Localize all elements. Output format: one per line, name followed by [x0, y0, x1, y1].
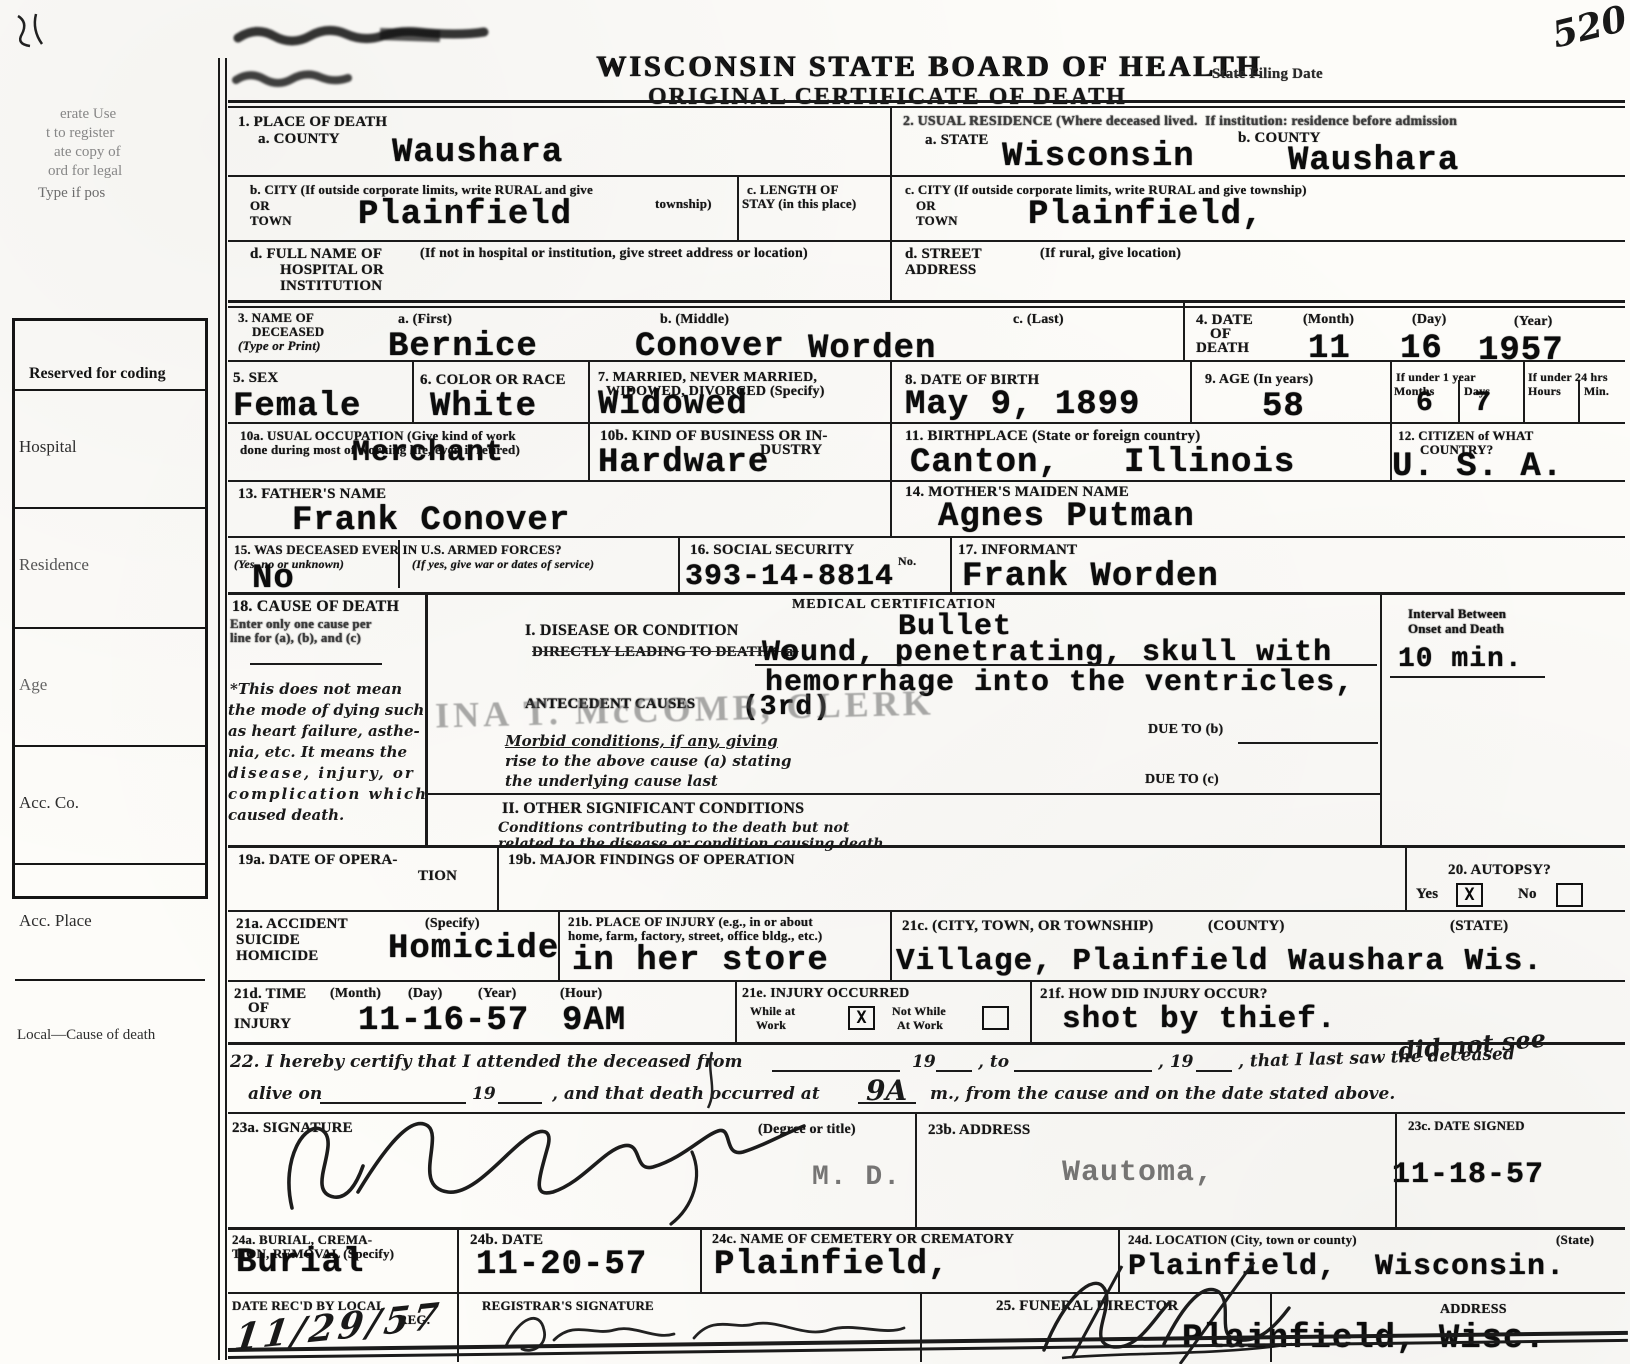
injury-hour-label: (Hour) — [560, 986, 602, 1002]
injury-city-value: Village, Plainfield Waushara Wis. — [896, 944, 1543, 979]
grid-line — [228, 592, 1625, 595]
major-findings-label: 19b. MAJOR FINDINGS OF OPERATION — [508, 852, 795, 869]
time-of-injury-label-3: INJURY — [234, 1016, 291, 1033]
grid-line — [890, 422, 892, 480]
cause-paragraph-5: disease, injury, or — [228, 764, 415, 782]
margin-note-line: erate Use — [60, 106, 116, 123]
sex-label: 5. SEX — [233, 370, 278, 387]
months-value: 6 — [1416, 388, 1434, 419]
due-to-c-label: DUE TO (c) — [1145, 772, 1219, 788]
burial-location-label: 24d. LOCATION (City, town or county) — [1128, 1232, 1357, 1248]
disease-label: I. DISEASE OR CONDITION — [525, 622, 739, 640]
marital-value: Widowed — [598, 386, 748, 424]
not-while-at-work-label-2: At Work — [897, 1018, 943, 1033]
grid-line — [218, 58, 220, 1360]
grid-line — [1030, 980, 1032, 1042]
grid-line — [1238, 742, 1378, 744]
grid-line — [228, 300, 1625, 303]
time-of-injury-value: 11-16-57 — [358, 1002, 529, 1040]
cause-paragraph-4: nia, etc. It means the — [228, 743, 407, 761]
autopsy-label: 20. AUTOPSY? — [1448, 862, 1551, 879]
grid-line — [228, 1292, 1625, 1294]
death-year-label: (Year) — [1514, 314, 1553, 330]
physician-address-label: 23b. ADDRESS — [928, 1122, 1030, 1139]
grid-line — [228, 1227, 1625, 1230]
father-name-label: 13. FATHER'S NAME — [238, 486, 386, 503]
cemetery-value: Plainfield, — [714, 1246, 949, 1284]
due-to-b-label: DUE TO (b) — [1148, 722, 1223, 738]
hospital-label: d. FULL NAME OF — [250, 246, 382, 263]
grid-line — [228, 980, 1625, 982]
while-at-work-label: While at — [750, 1004, 795, 1019]
business-label-2: DUSTRY — [760, 442, 822, 459]
injury-county-label: (COUNTY) — [1208, 918, 1285, 935]
length-of-stay-label-2: STAY (in this place) — [742, 196, 856, 212]
grid-line — [1458, 380, 1460, 422]
grid-line — [1183, 300, 1185, 360]
race-label: 6. COLOR OR RACE — [420, 372, 566, 389]
residence-town-label: TOWN — [916, 213, 958, 229]
clerk-stamp: INA T. McCOMB, CLERK — [435, 681, 936, 736]
grid-line — [1380, 592, 1382, 845]
scanned-death-certificate: 520 WISCONSIN STATE BOARD OF HEALTH ORIG… — [0, 0, 1630, 1364]
physician-signature — [262, 1096, 822, 1231]
injury-city-label: 21c. (CITY, TOWN, OR TOWNSHIP) — [902, 918, 1153, 935]
birthplace-label: 11. BIRTHPLACE (State or foreign country… — [905, 428, 1200, 445]
coding-row-acc-place: Acc. Place — [15, 901, 205, 981]
homicide-label: HOMICIDE — [236, 948, 318, 965]
grid-line — [425, 793, 1380, 795]
last-name-label: c. (Last) — [1013, 312, 1064, 328]
death-month-label: (Month) — [1303, 312, 1354, 328]
date-of-operation-label-2: TION — [418, 868, 457, 885]
pen-mark-corner — [6, 8, 56, 58]
town-label: TOWN — [250, 213, 292, 229]
grid-line — [457, 1292, 459, 1362]
race-value: White — [430, 388, 537, 426]
blank-line — [1196, 1070, 1232, 1072]
days-value: 7 — [1474, 388, 1492, 419]
coding-row-acc-co: Acc. Co. — [15, 783, 205, 865]
under-24-label: If under 24 hrs — [1528, 370, 1608, 385]
grid-line — [1523, 360, 1525, 422]
grid-line — [735, 980, 737, 1042]
grid-line — [228, 106, 1625, 108]
injury-year-label: (Year) — [478, 986, 517, 1002]
residence-state-value: Wisconsin — [1002, 138, 1195, 176]
margin-note-line: ate copy of — [54, 144, 121, 161]
city-value: Plainfield — [358, 196, 572, 234]
blank-line — [772, 1070, 900, 1072]
informant-value: Frank Worden — [962, 558, 1219, 596]
margin-note-line: t to register — [46, 125, 114, 142]
blank-line — [1014, 1070, 1152, 1072]
burial-state-label: (State) — [1556, 1232, 1594, 1248]
divider — [250, 663, 382, 665]
grid-line — [228, 845, 1625, 848]
grid-line — [228, 1112, 1625, 1114]
residence-city-value: Plainfield, — [1028, 196, 1263, 234]
hospital-note: (If not in hospital or institution, give… — [420, 246, 808, 262]
injury-month-label: (Month) — [330, 986, 381, 1002]
grid-line — [1270, 1292, 1272, 1362]
not-while-at-work-checkbox — [982, 1006, 1009, 1030]
disease-label-2: DIRECTLY LEADING TO DEATH* (a) — [532, 644, 799, 661]
death-day-label: (Day) — [1412, 312, 1446, 328]
grid-line — [700, 1227, 702, 1292]
birth-date-value: May 9, 1899 — [905, 386, 1140, 424]
grid-line — [755, 664, 1377, 666]
how-injury-value: shot by thief. — [1062, 1002, 1336, 1037]
grid-line — [588, 422, 590, 480]
while-at-work-label-2: Work — [756, 1018, 786, 1033]
hospital-label-2: HOSPITAL OR — [280, 262, 384, 279]
street-address-note: (If rural, give location) — [1040, 246, 1181, 262]
grid-line — [1395, 1112, 1397, 1227]
accident-suicide-homicide-value: Homicide — [388, 930, 559, 968]
sex-value: Female — [233, 388, 361, 426]
middle-name-label: b. (Middle) — [660, 312, 729, 328]
county-value: Waushara — [392, 134, 563, 172]
grid-line — [678, 536, 680, 592]
grid-line — [890, 108, 892, 300]
cause-of-death-label: 18. CAUSE OF DEATH — [232, 598, 399, 616]
death-day-value: 16 — [1400, 330, 1443, 368]
injury-state-label: (STATE) — [1450, 918, 1508, 935]
ssn-value: 393-14-8814 — [685, 560, 894, 594]
grid-line — [228, 536, 1625, 538]
blank-line — [858, 1102, 916, 1104]
grid-line — [228, 1042, 1625, 1045]
last-name-value: Worden — [808, 330, 936, 368]
county-label: a. COUNTY — [258, 131, 340, 148]
under-1-year-label: If under 1 year — [1396, 370, 1476, 385]
birthplace-value: Canton, Illinois — [910, 444, 1295, 482]
coding-row-residence: Residence — [15, 545, 205, 629]
grid-line — [1578, 380, 1580, 422]
grid-line — [890, 480, 892, 536]
date-of-death-label-3: DEATH — [1196, 340, 1249, 357]
certify-text-1: 22. I hereby certify that I attended the… — [230, 1052, 742, 1072]
illegible-stamp-1 — [230, 10, 580, 100]
accident-label: 21a. ACCIDENT — [236, 916, 348, 933]
cause-paragraph-1: *This does not mean — [230, 680, 402, 698]
grid-line — [558, 910, 560, 980]
grid-line — [228, 910, 1625, 912]
autopsy-yes-checkbox: X — [1456, 883, 1483, 907]
grid-line — [1118, 1227, 1120, 1292]
date-signed-value: 11-18-57 — [1392, 1158, 1544, 1192]
physician-address-value: Wautoma, — [1062, 1156, 1214, 1190]
city-label-2: township) — [655, 196, 712, 212]
hour-of-injury-value: 9AM — [562, 1002, 626, 1040]
father-name-value: Frank Conover — [292, 502, 570, 540]
certify-to: , to — [978, 1052, 1009, 1072]
cause-paragraph-7: caused death. — [228, 806, 344, 824]
grid-line — [950, 536, 952, 592]
street-address-label: d. STREET — [905, 246, 982, 263]
interval-label-2: Onset and Death — [1408, 621, 1504, 637]
mother-name-value: Agnes Putman — [938, 498, 1195, 536]
grid-line — [398, 540, 400, 588]
degree-title-label: (Degree or title) — [758, 1122, 856, 1138]
death-year-value: 1957 — [1478, 332, 1564, 370]
morbid-note-1: Morbid conditions, if any, giving — [505, 732, 778, 750]
occupation-value: Merchant — [352, 436, 504, 470]
blank-line — [936, 1070, 972, 1072]
autopsy-no-checkbox — [1556, 883, 1583, 907]
certify-19-1: 19 — [912, 1052, 936, 1072]
grid-line — [228, 240, 1625, 242]
grid-line — [457, 1227, 459, 1292]
street-address-label-2: ADDRESS — [905, 262, 976, 279]
grid-line — [1390, 676, 1545, 678]
grid-line — [890, 910, 892, 980]
grid-line — [890, 360, 892, 422]
name-label-3: (Type or Print) — [238, 338, 321, 354]
grid-line — [228, 306, 1625, 308]
grid-line — [920, 1292, 922, 1362]
informant-label: 17. INFORMANT — [958, 542, 1077, 559]
margin-note-line: ord for legal — [48, 163, 122, 180]
funeral-address-label: ADDRESS — [1440, 1302, 1507, 1318]
while-at-work-checkbox: X — [848, 1006, 875, 1030]
margin-note-line: Type if pos — [38, 185, 105, 202]
hospital-label-3: INSTITUTION — [280, 278, 382, 295]
age-label: 9. AGE (In years) — [1205, 372, 1313, 388]
autopsy-yes-label: Yes — [1416, 886, 1438, 903]
grid-line — [425, 592, 428, 845]
state-filing-date-label: State Filing Date — [1212, 66, 1323, 83]
date-signed-label: 23c. DATE SIGNED — [1408, 1118, 1525, 1134]
grid-line — [1405, 845, 1407, 910]
certify-text-4: m., from the cause and on the date state… — [930, 1084, 1395, 1104]
residence-state-label: a. STATE — [925, 132, 989, 149]
injury-occurred-label: 21e. INJURY OCCURRED — [742, 986, 909, 1002]
grid-line — [737, 175, 739, 240]
ssn-label: 16. SOCIAL SECURITY — [690, 542, 854, 559]
usual-residence-label: 2. USUAL RESIDENCE (Where deceased lived… — [903, 114, 1457, 130]
interval-value: 10 min. — [1398, 644, 1523, 675]
or-label: OR — [250, 198, 270, 214]
coding-row-age: Age — [15, 665, 205, 747]
other-conditions-label: II. OTHER SIGNIFICANT CONDITIONS — [502, 800, 804, 818]
burial-value: Burial — [236, 1244, 364, 1282]
first-name-label: a. (First) — [398, 312, 452, 328]
grid-line — [225, 58, 227, 1360]
cause-paragraph-3: as heart failure, asthe- — [228, 722, 420, 740]
morbid-note-2: rise to the above cause (a) stating — [505, 752, 791, 770]
business-value: Hardware — [598, 444, 769, 482]
grid-line — [497, 845, 499, 910]
place-of-injury-value: in her store — [572, 942, 829, 980]
age-value: 58 — [1262, 388, 1305, 426]
grid-line — [228, 175, 1625, 177]
residence-or-label: OR — [916, 198, 936, 214]
grid-line — [412, 360, 414, 422]
time-of-injury-label: 21d. TIME — [234, 986, 306, 1003]
how-injury-label: 21f. HOW DID INJURY OCCUR? — [1040, 986, 1268, 1003]
grid-line — [228, 100, 1625, 103]
cause-paragraph-6: complication which — [228, 785, 428, 803]
grid-line — [228, 422, 1625, 424]
burial-date-value: 11-20-57 — [476, 1246, 647, 1284]
grid-line — [588, 360, 590, 422]
page-number: 520 — [1548, 0, 1630, 56]
grid-line — [1390, 422, 1392, 480]
place-of-death-label: 1. PLACE OF DEATH — [238, 114, 387, 131]
death-month-value: 11 — [1308, 330, 1351, 368]
grid-line — [1190, 360, 1192, 422]
min-label: Min. — [1584, 384, 1609, 399]
grid-line — [228, 480, 1625, 482]
cause-note-2: line for (a), (b), and (c) — [230, 630, 361, 646]
grid-line — [915, 1112, 917, 1227]
not-while-at-work-label: Not While — [892, 1004, 946, 1019]
other-conditions-note-1: Conditions contributing to the death but… — [498, 820, 849, 836]
coding-title: Reserved for coding — [15, 357, 205, 391]
suicide-label: SUICIDE — [236, 932, 300, 949]
grid-line — [1390, 360, 1392, 422]
morbid-note-3: the underlying cause last — [505, 772, 718, 790]
ssn-no-label: No. — [898, 554, 916, 569]
injury-day-label: (Day) — [408, 986, 442, 1002]
interval-label: Interval Between — [1408, 606, 1506, 622]
coding-box: Reserved for coding Hospital Residence A… — [12, 318, 208, 899]
autopsy-no-label: No — [1518, 886, 1537, 903]
time-of-injury-label-2: OF — [248, 1000, 269, 1017]
degree-title-value: M. D. — [812, 1162, 901, 1193]
coding-row-hospital: Hospital — [15, 427, 205, 509]
armed-forces-label-3: (If yes, give war or dates of service) — [412, 557, 594, 572]
grid-line — [228, 360, 1625, 362]
hours-label: Hours — [1528, 384, 1561, 399]
other-conditions-note-2: related to the disease or condition caus… — [498, 836, 884, 852]
coding-row-local-cause: Local—Cause of death — [15, 1017, 205, 1079]
form-title: WISCONSIN STATE BOARD OF HEALTH — [596, 50, 1262, 84]
date-of-operation-label: 19a. DATE OF OPERA- — [238, 852, 398, 869]
cause-paragraph-2: the mode of dying such — [228, 701, 424, 719]
certify-19-2: , 19 — [1158, 1052, 1194, 1072]
